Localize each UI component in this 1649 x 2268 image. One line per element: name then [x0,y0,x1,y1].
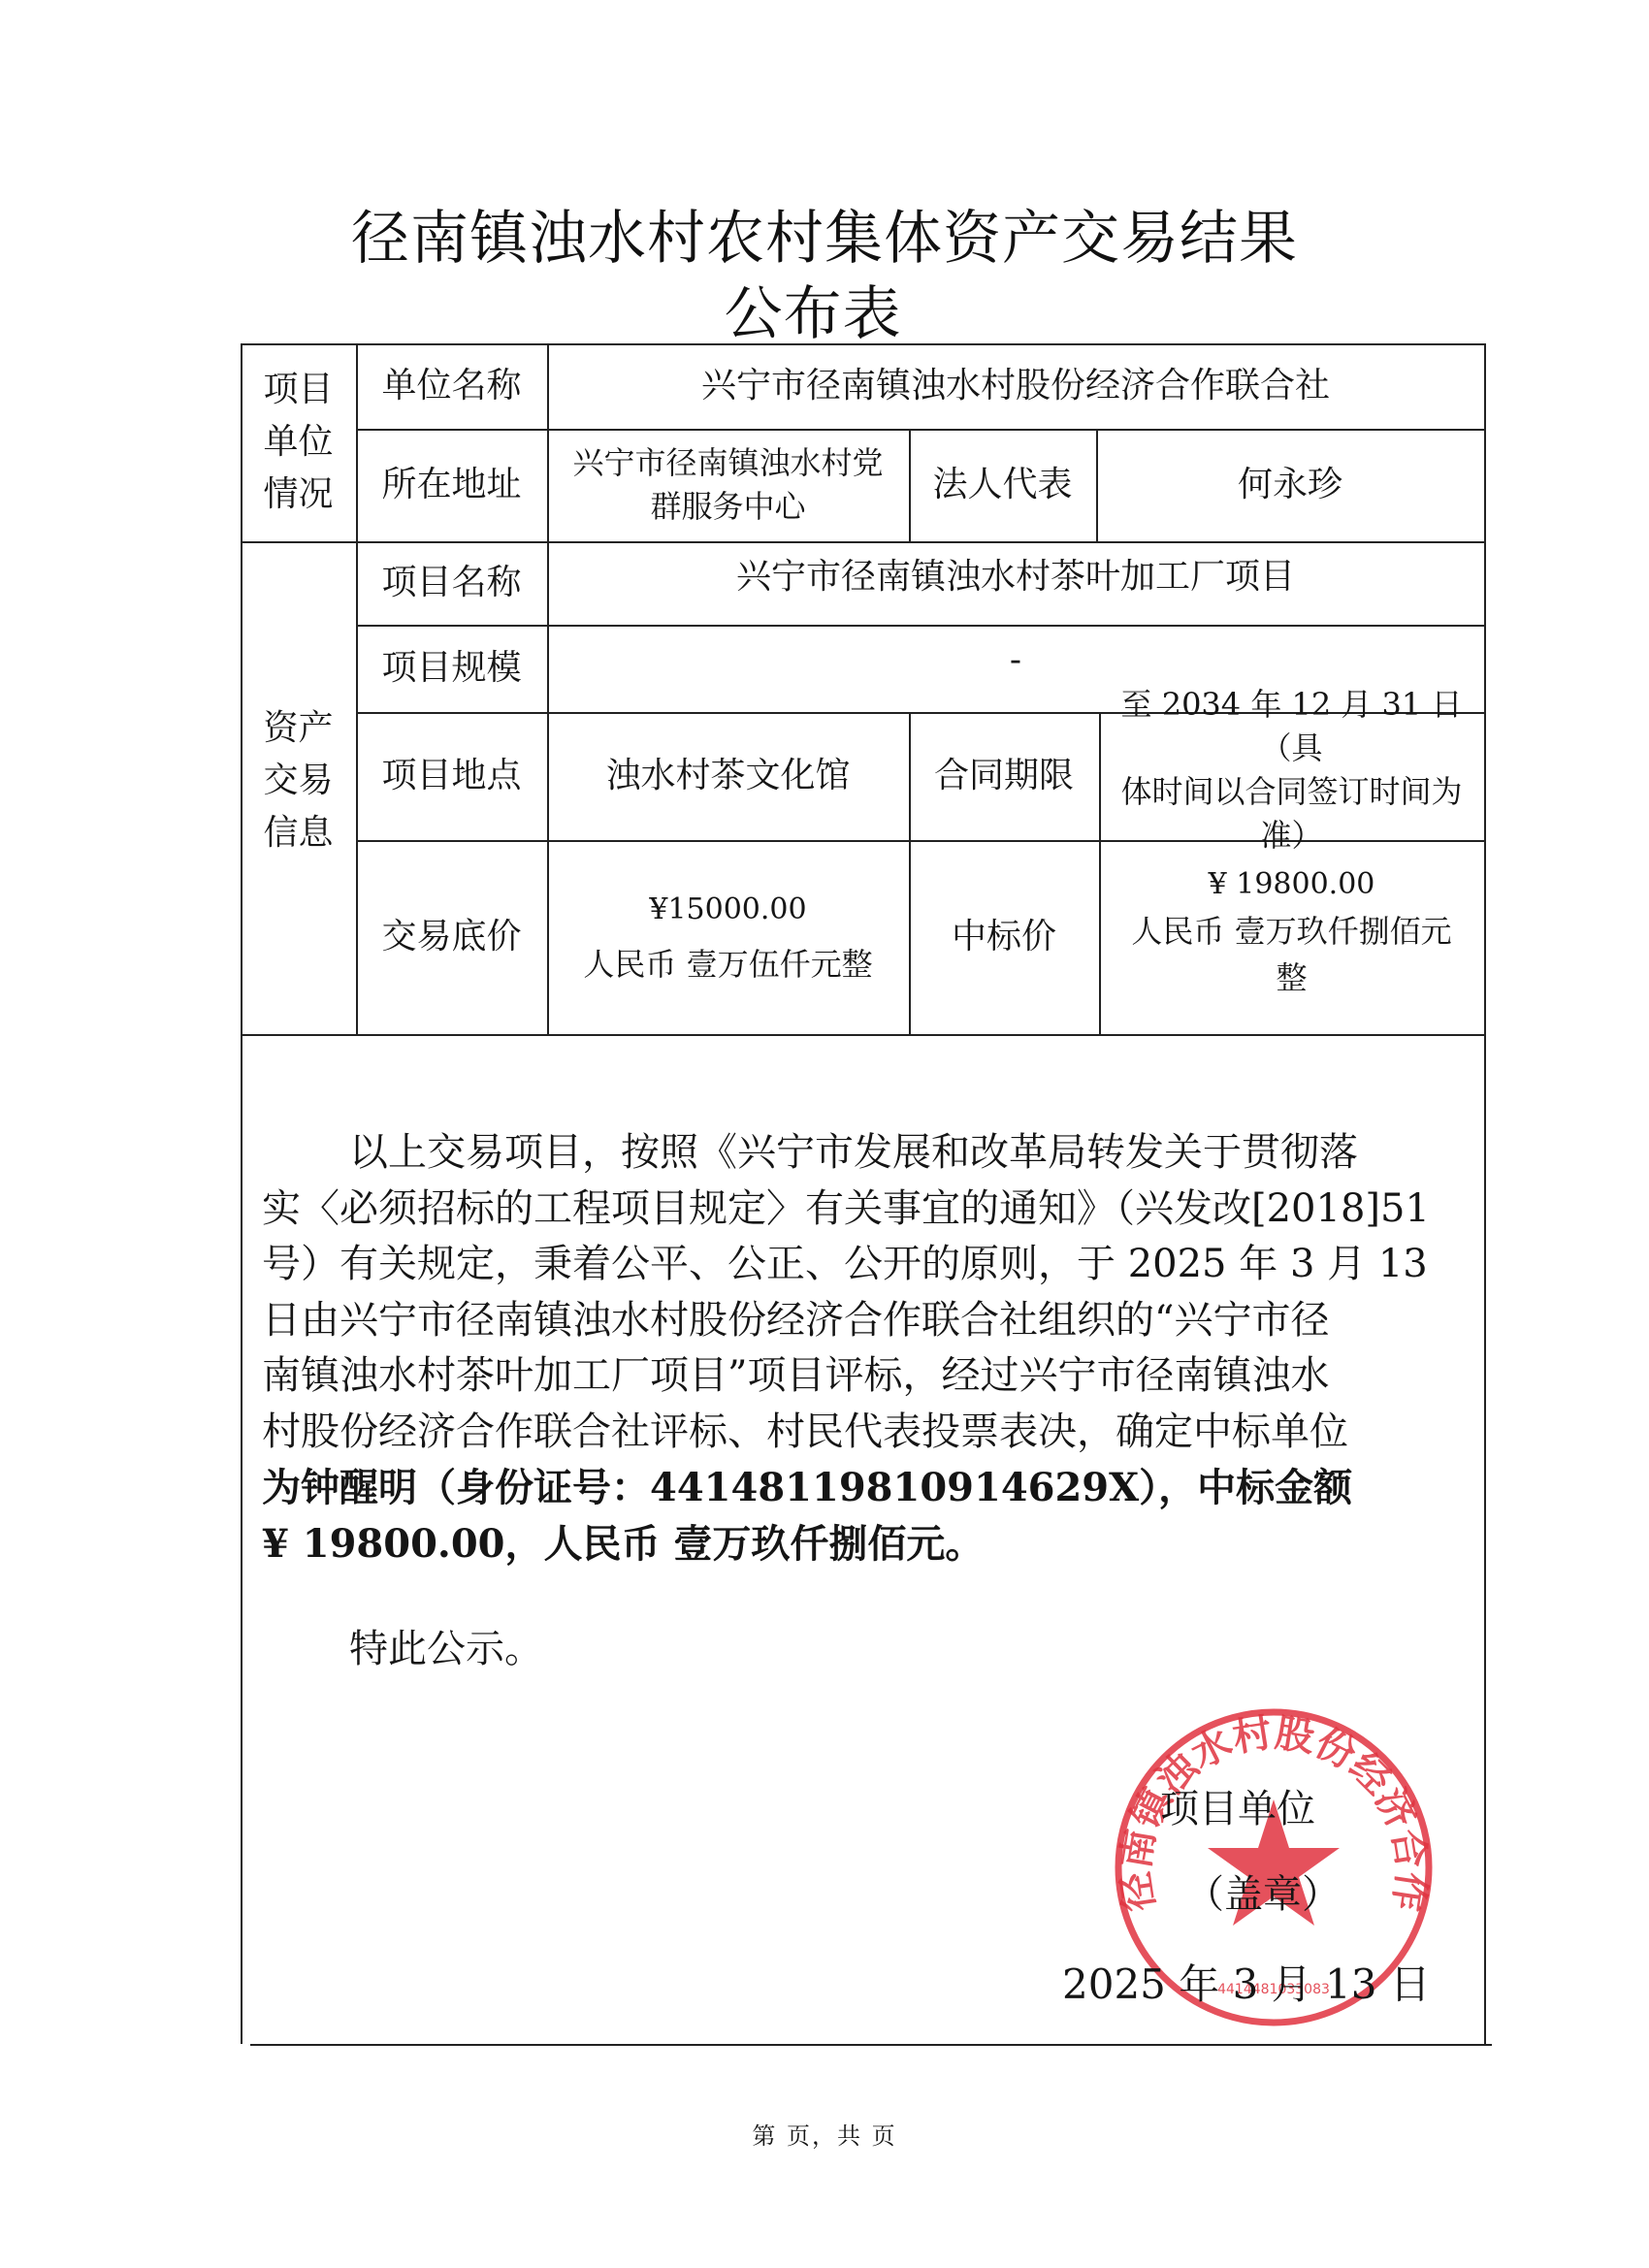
label-project-location: 项目地点 [356,712,547,840]
value-winning-price: ¥ 19800.00 人民币 壹万玖仟捌佰元 整 [1099,834,1484,1028]
contract-term-line: 体时间以合同签订时间为 [1099,770,1484,814]
label-address: 所在地址 [356,429,547,541]
notice-amount-line: ¥ 19800.00，人民币 壹万玖仟捌佰元。 [262,1516,1470,1572]
base-price-words: 人民币 壹万伍仟元整 [583,937,872,991]
notice-line: 日由兴宁市径南镇浊水村股份经济合作联合社组织的“兴宁市径 [262,1293,1470,1349]
notice-winner-line: 为钟醒明（身份证号：44148119810914629X），中标金额 [262,1460,1470,1516]
table-border-right [1484,343,1486,2044]
document-title: 径南镇浊水村农村集体资产交易结果 [0,192,1649,275]
signature-date: 2025 年 3 月 13 日 [1062,1953,1431,2011]
label-unit-name: 单位名称 [356,343,547,429]
value-contract-term: 至 2034 年 12 月 31 日（具 体时间以合同签订时间为 准） [1099,706,1484,834]
value-project-location: 浊水村茶文化馆 [547,712,909,840]
table-border-bottom [250,2044,1492,2046]
value-address: 兴宁市径南镇浊水村党 群服务中心 [547,429,909,541]
winning-price-words: 整 [1131,955,1451,1001]
section-trade-line: 交易 [263,755,333,807]
section-unit-info: 项目 单位 情况 [241,343,356,541]
label-project-name: 项目名称 [356,541,547,625]
address-line: 兴宁市径南镇浊水村党 [572,441,883,485]
winning-price-words: 人民币 壹万玖仟捌佰元 [1131,908,1451,955]
notice-paragraph: 以上交易项目，按照《兴宁市发展和改革局转发关于贯彻落 实〈必须招标的工程项目规定… [262,1125,1470,1571]
label-winning-price: 中标价 [909,840,1099,1034]
section-unit-line: 情况 [263,469,333,521]
label-base-price: 交易底价 [356,840,547,1034]
signature-seal-label: （盖章） [1185,1863,1341,1919]
notice-line: 实〈必须招标的工程项目规定〉有关事宜的通知》（兴发改[2018]51 [262,1182,1470,1238]
section-trade-info: 资产 交易 信息 [241,541,356,1034]
value-base-price: ¥15000.00 人民币 壹万伍仟元整 [547,840,909,1034]
winning-price-amount: ¥ 19800.00 [1131,861,1451,908]
table-divider [241,1034,1484,1036]
value-project-name: 兴宁市径南镇浊水村茶叶加工厂项目 [547,535,1484,619]
notice-line: 号）有关规定，秉着公平、公正、公开的原则，于 2025 年 3 月 13 [262,1237,1470,1293]
base-price-amount: ¥15000.00 [583,883,872,937]
notice-line: 以上交易项目，按照《兴宁市发展和改革局转发关于贯彻落 [262,1125,1470,1182]
signature-unit-label: 项目单位 [1160,1778,1315,1833]
section-unit-line: 单位 [263,416,333,469]
section-trade-line: 信息 [263,807,333,859]
value-legal-rep: 何永珍 [1096,429,1484,541]
notice-closing: 特此公示。 [349,1618,543,1673]
notice-line: 南镇浊水村茶叶加工厂项目”项目评标，经过兴宁市径南镇浊水 [262,1348,1470,1405]
label-project-scale: 项目规模 [356,625,547,712]
document-subtitle: 公布表 [0,268,1637,351]
label-legal-rep: 法人代表 [909,429,1096,541]
page-number-footer: 第 页，共 页 [0,2117,1649,2151]
value-unit-name: 兴宁市径南镇浊水村股份经济合作联合社 [547,343,1484,429]
label-contract-term: 合同期限 [909,712,1099,840]
address-line: 群服务中心 [572,485,883,529]
contract-term-line: 至 2034 年 12 月 31 日（具 [1099,683,1484,770]
section-trade-line: 资产 [263,702,333,755]
notice-line: 村股份经济合作联合社评标、村民代表投票表决，确定中标单位 [262,1405,1470,1461]
section-unit-line: 项目 [263,364,333,416]
